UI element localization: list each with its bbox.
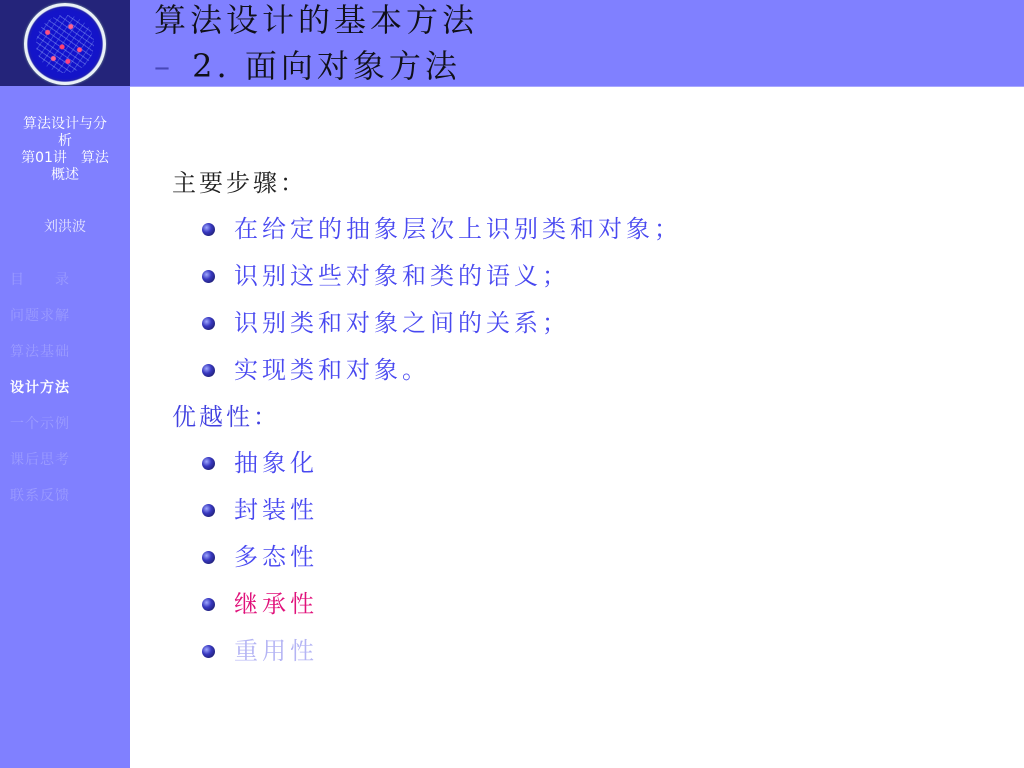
nav-item-exercises[interactable]: 课后思考 [10,450,125,486]
university-seal-logo-icon [24,3,106,85]
steps-heading: 主要步骤： [172,160,972,206]
list-item-text: 在给定的抽象层次上识别类和对象； [234,215,682,243]
nav-item-problem-solving[interactable]: 问题求解 [10,306,125,342]
list-item-text: 重用性 [234,637,318,665]
nav-item-example[interactable]: 一个示例 [10,414,125,450]
author-name: 刘洪波 [0,216,130,236]
nav-item-contents[interactable]: 目 录 [10,270,125,306]
advantages-list: 抽象化 封装性 多态性 继承性 重用性 [172,440,972,675]
list-item-highlighted: 继承性 [202,581,972,628]
slide-page: 算法设计与分 析 第01讲 算法 概述 刘洪波 目 录 问题求解 算法基础 设计… [0,0,1024,768]
bullet-ball-icon [202,364,215,377]
subtitle-dash: – [154,47,174,85]
subtitle-text: 2. 面向对象方法 [192,47,461,85]
slide-subtitle: – 2. 面向对象方法 [154,46,461,86]
list-item: 多态性 [202,534,972,581]
bullet-ball-icon [202,317,215,330]
course-title-line: 概述 [0,167,130,184]
course-title: 算法设计与分 析 第01讲 算法 概述 [0,116,130,184]
bullet-ball-icon [202,551,215,564]
nav-item-algorithm-basics[interactable]: 算法基础 [10,342,125,378]
bullet-ball-icon [202,223,215,236]
slide-title: 算法设计的基本方法 [154,0,478,40]
logo-pattern [36,15,94,73]
list-item: 封装性 [202,487,972,534]
advantages-heading: 优越性： [172,394,972,440]
steps-list: 在给定的抽象层次上识别类和对象； 识别这些对象和类的语义； 识别类和对象之间的关… [172,206,972,394]
list-item: 实现类和对象。 [202,347,972,394]
sidebar-nav: 目 录 问题求解 算法基础 设计方法 一个示例 课后思考 联系反馈 [10,270,125,522]
nav-item-feedback[interactable]: 联系反馈 [10,486,125,522]
slide-content: 主要步骤： 在给定的抽象层次上识别类和对象； 识别这些对象和类的语义； 识别类和… [172,160,972,675]
list-item-text: 识别类和对象之间的关系； [234,309,570,337]
nav-item-design-methods[interactable]: 设计方法 [10,378,125,414]
list-item-text: 抽象化 [234,449,318,477]
list-item-text: 多态性 [234,543,318,571]
logo-panel [0,0,130,86]
list-item-faded: 重用性 [202,628,972,675]
list-item-text: 实现类和对象。 [234,356,430,384]
bullet-ball-icon [202,270,215,283]
bullet-ball-icon [202,645,215,658]
bullet-ball-icon [202,504,215,517]
list-item-text: 识别这些对象和类的语义； [234,262,570,290]
bullet-ball-icon [202,598,215,611]
course-title-line: 算法设计与分 [0,116,130,133]
course-title-line: 析 [0,133,130,150]
slide-header: 算法设计的基本方法 – 2. 面向对象方法 [130,0,1024,87]
list-item-text: 封装性 [234,496,318,524]
course-title-line: 第01讲 算法 [0,150,130,167]
list-item: 抽象化 [202,440,972,487]
list-item-text: 继承性 [234,590,318,618]
bullet-ball-icon [202,457,215,470]
sidebar: 算法设计与分 析 第01讲 算法 概述 刘洪波 目 录 问题求解 算法基础 设计… [0,0,130,768]
list-item: 识别这些对象和类的语义； [202,253,972,300]
list-item: 在给定的抽象层次上识别类和对象； [202,206,972,253]
list-item: 识别类和对象之间的关系； [202,300,972,347]
